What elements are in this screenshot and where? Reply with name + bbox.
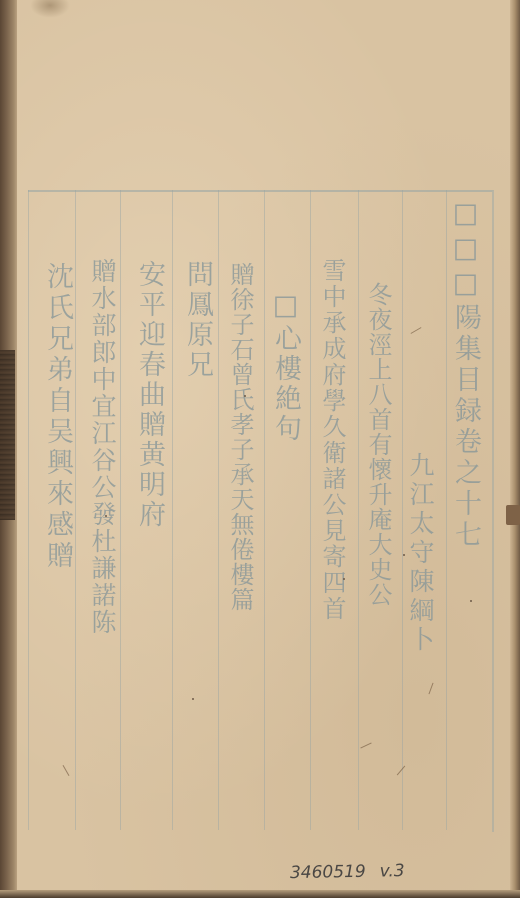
handwritten-catalog-annotation: 3460519v.3 — [290, 861, 419, 883]
title-column: □□□陽集目録卷之十七 — [452, 198, 479, 551]
catalog-number: 3460519 — [290, 862, 366, 883]
text-column-6: 問鳳原兄 — [184, 260, 211, 380]
column-rule — [402, 190, 403, 830]
page-edge-tab — [506, 505, 520, 525]
column-rule — [264, 190, 265, 830]
paper-speck — [192, 698, 194, 700]
text-column-5: 贈徐子石曾氏孝子承天無倦樓篇 — [228, 262, 252, 612]
book-page: □□□陽集目録卷之十七 九江太守陳綱卜 冬夜涇上八首有懷升庵大史公 雪中承成府學… — [0, 0, 520, 898]
text-column-7: 安平迎春曲贈黄明府 — [136, 260, 163, 530]
column-rule — [120, 190, 121, 830]
column-rule — [75, 190, 76, 830]
paper-speck — [343, 578, 345, 580]
paper-speck — [403, 554, 405, 556]
column-rule — [172, 190, 173, 830]
column-rule — [358, 190, 359, 830]
water-stain — [30, 0, 70, 18]
spine-worn-area — [0, 350, 15, 520]
column-rule — [28, 190, 29, 830]
paper-speck — [105, 515, 107, 517]
volume-label: v.3 — [380, 861, 405, 881]
text-column-8: 贈水部郎中宜江谷公發杜謙諾陈 — [90, 258, 115, 636]
text-column-3: 雪中承成府學久衛諸公見寄四首 — [320, 258, 344, 622]
text-column-9: 沈氏兄弟自吴興來感贈 — [44, 262, 71, 572]
page-right-edge — [510, 0, 520, 898]
column-rule — [446, 190, 447, 830]
text-column-2: 冬夜涇上八首有懷升庵大史公 — [366, 282, 390, 607]
text-column-1: 九江太守陳綱卜 — [408, 452, 433, 655]
page-bottom-edge — [0, 890, 520, 898]
paper-speck — [470, 600, 472, 602]
paper-speck — [244, 395, 246, 397]
column-rule — [310, 190, 311, 830]
text-column-4: □心樓絶句 — [272, 290, 299, 444]
column-rule — [218, 190, 219, 830]
